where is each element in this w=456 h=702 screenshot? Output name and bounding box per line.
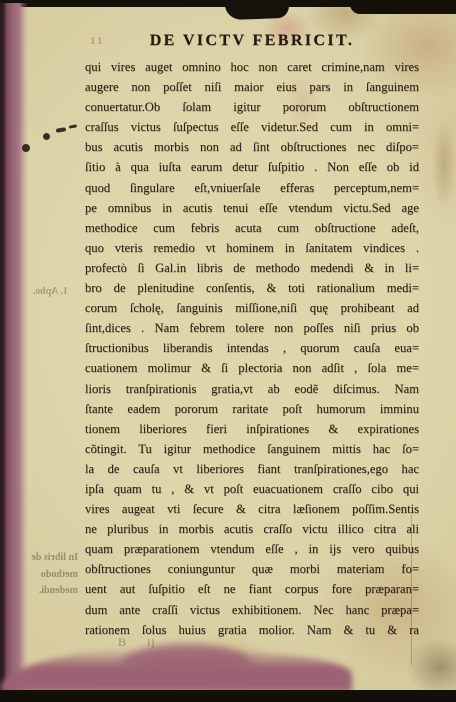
text-line: profectò ſi Gal.in libris de methodo med… [85, 258, 419, 278]
text-line: conuertatur.Ob ſolam igitur pororum obſt… [85, 97, 419, 117]
text-line: In libris de [12, 550, 78, 567]
text-line: cõtingit. Tu igitur methodice ſanguinem … [85, 439, 419, 459]
text-line: quo vteris remedio vt hominem in ſanitat… [85, 238, 419, 258]
text-line: dum ante craſſi victus exhibitionem. Nec… [85, 600, 419, 620]
scanned-book-page-photo: 11 DE VICTV FEBRICIT. qui vires auget om… [0, 0, 456, 702]
ink-spot [43, 133, 50, 140]
text-line: lioris tranſpirationis gratia,vt ab eodẽ… [85, 379, 419, 399]
text-line: ſtante eadem pororum raritate poſt humor… [85, 399, 419, 419]
text-line: qui vires auget omnino hoc non caret cri… [85, 57, 419, 77]
photo-border-top-blob [225, 0, 290, 20]
text-line: methodo [12, 567, 78, 584]
text-line: augere non poſſet niſi maior eius pars i… [85, 77, 419, 97]
text-line: methodice cum febris acuta cum obſtructi… [85, 218, 419, 238]
showthrough-note-top: 1. Apho. [8, 286, 68, 297]
showthrough-note-bottom: In libris demethodomedendi. [12, 550, 78, 600]
running-header: DE VICTV FEBRICIT. [85, 32, 419, 50]
text-line: pe omnibus in acutis tenui eſſe vtendum … [85, 198, 419, 218]
text-line: craſſus victus ſuſpectus eſſe videtur.Se… [85, 117, 419, 137]
photo-border-bottom [0, 690, 456, 702]
text-line: ſitio à qua iuſta earum detur ſuſpitio .… [85, 157, 419, 177]
text-line: bro de plenitudine conſentis, & toti rat… [85, 278, 419, 298]
text-line: la de cauſa vt liberiores fiant tranſpir… [85, 459, 419, 479]
photo-border-top-right [350, 0, 456, 14]
paper-stain [432, 120, 456, 210]
text-line: quod ſingulare eſt,vniuerſale efferas pe… [85, 178, 419, 198]
text-line: corum ſcholę, ſanguinis miſſione,niſi qu… [85, 298, 419, 318]
text-line: tionem liberiores fieri inſpirationes & … [85, 419, 419, 439]
text-line: bus acutis morbis non ad ſint obſtructio… [85, 137, 419, 157]
ink-spot [22, 144, 30, 152]
text-line: medendi. [12, 583, 78, 600]
text-line: ne pluribus in morbis acutis craſſo vict… [85, 519, 419, 539]
text-block: qui vires auget omnino hoc non caret cri… [85, 57, 419, 640]
text-line: ipſa quam tu , & vt poſt euacuationem cr… [85, 479, 419, 499]
text-line: ſtructionibus liberandis intendas , quor… [85, 338, 419, 358]
text-line: uent aut ſuſpitio eſt ne fiant corpus fo… [85, 579, 419, 599]
text-line: ſint,dices . Nam febrem tolere non poſſe… [85, 318, 419, 338]
text-line: obſtructiones coniunguntur quæ morbi mat… [85, 559, 419, 579]
text-line: quam præparationem vtendum eſſe , in ijs… [85, 539, 419, 559]
text-line: cuationem molimur & ſi plectoria non adſ… [85, 358, 419, 378]
signature-mark: B ij [118, 635, 156, 650]
text-line: vires augeat vti ſecure & citra læſionem… [85, 499, 419, 519]
